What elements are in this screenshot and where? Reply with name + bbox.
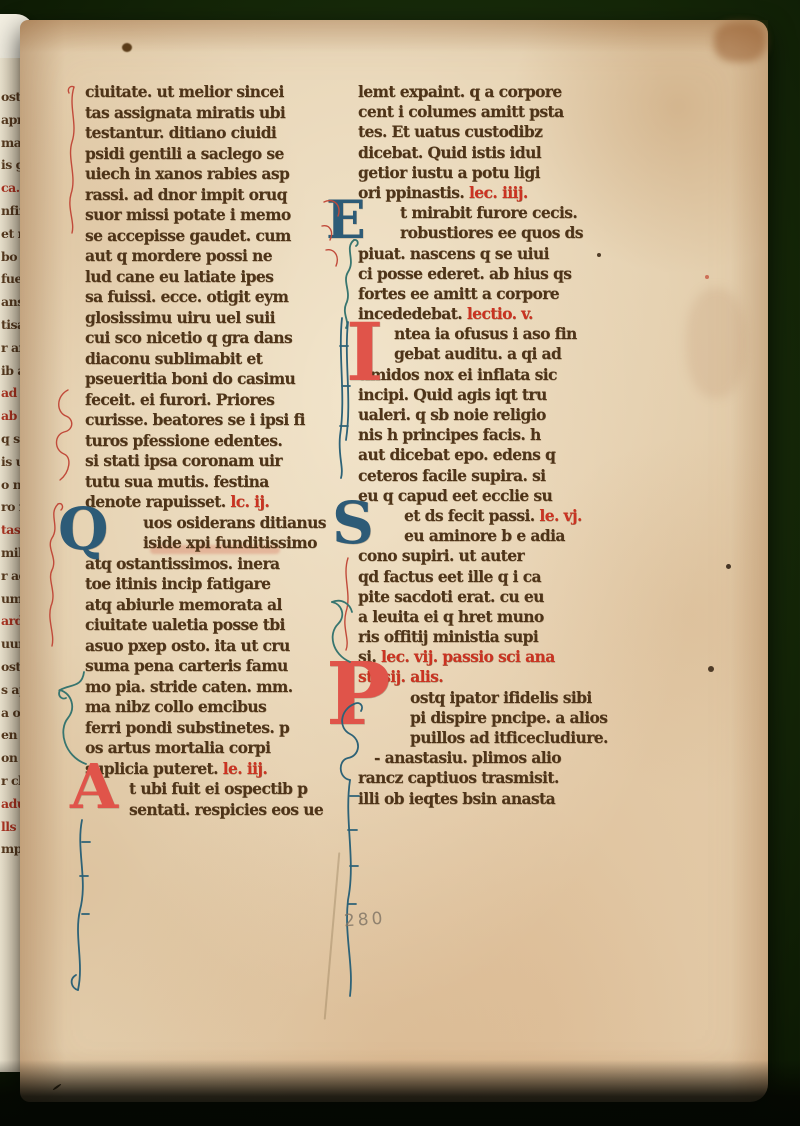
initial-E: E — [326, 200, 366, 243]
text-line: illi ob ieqtes bsin anasta — [358, 789, 658, 809]
text-line: tes. Et uatus custodibz — [358, 122, 658, 142]
body-text: atq abiurle memorata al — [85, 595, 282, 614]
text-line: ris offitij ministia supi — [358, 627, 658, 647]
body-text: ceteros facile supira. si — [358, 466, 545, 485]
text-line: si stati ipsa coronam uir — [85, 451, 347, 472]
manuscript-photo: ostiraprqmas fis gfca. anfimbet mibo ips… — [0, 0, 800, 1126]
text-line: psidi gentili a saclego se — [85, 144, 347, 165]
body-text: ferri pondi substinetes. p — [85, 718, 289, 737]
body-text: tes. Et uatus custodibz — [358, 122, 542, 141]
text-line: suma pena carteris famu — [85, 656, 347, 677]
body-text: rancz captiuos trasmisit. — [358, 768, 559, 787]
text-line: uiech in xanos rabies asp — [85, 164, 347, 185]
text-line: piuat. nascens q se uiui — [358, 244, 658, 264]
text-line: incededebat. lectio. v. — [358, 304, 658, 324]
body-text: getior iustu a potu ligi — [358, 163, 540, 182]
body-text: ostq ipator ifidelis sibi — [410, 688, 592, 707]
body-text: qd factus eet ille q i ca — [358, 567, 541, 586]
text-line: ciuitate ualetia posse tbi — [85, 615, 347, 636]
text-line: suor missi potate i memo — [85, 205, 347, 226]
initial-I: I — [346, 320, 383, 386]
text-line: si. lec. vij. passio sci ana — [358, 647, 658, 667]
text-line: dicebat. Quid istis idul — [358, 143, 658, 163]
body-text: suor missi potate i memo — [85, 205, 291, 224]
body-text: illi ob ieqtes bsin anasta — [358, 789, 555, 808]
body-text: mo pia. stride caten. mm. — [85, 677, 293, 696]
text-line: t mirabit furore cecis. — [358, 203, 658, 223]
text-line: curisse. beatores se i ipsi fi — [85, 410, 347, 431]
background-shadow — [0, 1060, 800, 1126]
body-text: t mirabit furore cecis. — [400, 203, 577, 222]
body-text: uiech in xanos rabies asp — [85, 164, 289, 183]
text-line: tas assignata miratis ubi — [85, 103, 347, 124]
text-line: ma nibz collo emcibus — [85, 697, 347, 718]
text-line: feceit. ei furori. Priores — [85, 390, 347, 411]
text-line: ualeri. q sb noie religio — [358, 405, 658, 425]
text-line: pseueritia boni do casimu — [85, 369, 347, 390]
body-text: diaconu sublimabit et — [85, 349, 262, 368]
body-text: si stati ipsa coronam uir — [85, 451, 282, 470]
body-text: rassi. ad dnor impit oruq — [85, 185, 287, 204]
text-line: lemt expaint. q a corpore — [358, 82, 658, 102]
text-line: testantur. ditiano ciuidi — [85, 123, 347, 144]
text-line: atq ostantissimos. inera — [85, 554, 347, 575]
rubric-text: le. iij. — [223, 759, 268, 778]
rubric-text: lectio. v. — [467, 304, 533, 323]
body-text: se accepisse gaudet. cum — [85, 226, 291, 245]
text-line: eu aminore b e adia — [358, 526, 658, 546]
text-line: glosissimu uiru uel suii — [85, 308, 347, 329]
text-line: diaconu sublimabit et — [85, 349, 347, 370]
body-text: atq ostantissimos. inera — [85, 554, 279, 573]
text-line: suplicia puteret. le. iij. — [85, 759, 347, 780]
body-text: tas assignata miratis ubi — [85, 103, 285, 122]
rubric-text: lec. vij. passio sci ana — [381, 647, 555, 666]
text-line: iside xpi funditissimo — [85, 533, 347, 554]
body-text: incipi. Quid agis iqt tru — [358, 385, 547, 404]
text-line: et ds fecit passi. le. vj. — [358, 506, 658, 526]
initial-Q: Q — [58, 506, 109, 554]
rubric-text: lec. iiij. — [469, 183, 528, 202]
body-text: t ubi fuit ei ospectib p — [129, 779, 307, 798]
text-line: pite sacdoti erat. cu eu — [358, 587, 658, 607]
text-line: rancz captiuos trasmisit. — [358, 768, 658, 788]
body-text: uos osiderans ditianus — [143, 513, 326, 532]
body-text: suma pena carteris famu — [85, 656, 288, 675]
body-text: iside xpi funditissimo — [143, 533, 317, 552]
text-line: ori ppinastis. lec. iiij. — [358, 183, 658, 203]
text-line: incipi. Quid agis iqt tru — [358, 385, 658, 405]
text-line: cent i columes amitt psta — [358, 102, 658, 122]
text-line: turos pfessione edentes. — [85, 431, 347, 452]
text-line: ntea ia ofusus i aso fin — [358, 324, 658, 344]
text-line: toe itinis incip fatigare — [85, 574, 347, 595]
body-text: ciuitate. ut melior sincei — [85, 82, 284, 101]
body-text: et ds fecit passi. — [404, 506, 539, 525]
text-line: rassi. ad dnor impit oruq — [85, 185, 347, 206]
text-line: asuo pxep osto. ita ut cru — [85, 636, 347, 657]
text-line: puillos ad itficecludiure. — [358, 728, 658, 748]
body-text: timidos nox ei inflata sic — [358, 365, 557, 384]
body-text: psidi gentili a saclego se — [85, 144, 284, 163]
text-line: cui sco nicetio q gra dans — [85, 328, 347, 349]
body-text: turos pfessione edentes. — [85, 431, 282, 450]
body-text: toe itinis incip fatigare — [85, 574, 270, 593]
text-line: sa fuissi. ecce. otigit eym — [85, 287, 347, 308]
text-line: getior iustu a potu ligi — [358, 163, 658, 183]
body-text: feceit. ei furori. Priores — [85, 390, 274, 409]
body-text: cui sco nicetio q gra dans — [85, 328, 292, 347]
text-line: t ubi fuit ei ospectib p — [85, 779, 347, 800]
text-line: nis h principes facis. h — [358, 425, 658, 445]
text-line: ferri pondi substinetes. p — [85, 718, 347, 739]
text-line: aut dicebat epo. edens q — [358, 445, 658, 465]
body-text: cono supiri. ut auter — [358, 546, 524, 565]
body-text: puillos ad itficecludiure. — [410, 728, 608, 747]
text-line: gebat auditu. a qi ad — [358, 344, 658, 364]
rubric-text: le. vj. — [539, 506, 581, 525]
text-line: uos osiderans ditianus — [85, 513, 347, 534]
body-text: tutu sua mutis. festina — [85, 472, 269, 491]
text-line: ci posse ederet. ab hius qs — [358, 264, 658, 284]
body-text: testantur. ditiano ciuidi — [85, 123, 276, 142]
initial-P: P — [326, 660, 391, 731]
body-text: glosissimu uiru uel suii — [85, 308, 275, 327]
text-line: tutu sua mutis. festina — [85, 472, 347, 493]
body-text: lemt expaint. q a corpore — [358, 82, 562, 101]
body-text: piuat. nascens q se uiui — [358, 244, 549, 263]
body-text: sentati. respicies eos ue — [129, 800, 323, 819]
text-line: denote rapuisset. lc. ij. — [85, 492, 347, 513]
body-text: asuo pxep osto. ita ut cru — [85, 636, 290, 655]
text-line: timidos nox ei inflata sic — [358, 365, 658, 385]
text-column-right: lemt expaint. q a corporecent i columes … — [358, 82, 658, 809]
text-line: sentati. respicies eos ue — [85, 800, 347, 821]
text-line: ceteros facile supira. si — [358, 466, 658, 486]
body-text: fortes ee amitt a corpore — [358, 284, 559, 303]
text-line: se accepisse gaudet. cum — [85, 226, 347, 247]
body-text: a leuita ei q hret muno — [358, 607, 544, 626]
body-text: eu aminore b e adia — [404, 526, 565, 545]
initial-A: A — [70, 762, 118, 813]
text-line: atq abiurle memorata al — [85, 595, 347, 616]
body-text: dicebat. Quid istis idul — [358, 143, 541, 162]
text-line: cono supiri. ut auter — [358, 546, 658, 566]
body-text: gebat auditu. a qi ad — [394, 344, 561, 363]
body-text: ori ppinastis. — [358, 183, 469, 202]
body-text: eu q capud eet ecclie su — [358, 486, 552, 505]
text-line: lud cane eu latiate ipes — [85, 267, 347, 288]
text-line: qd factus eet ille q i ca — [358, 567, 658, 587]
body-text: ciuitate ualetia posse tbi — [85, 615, 285, 634]
body-text: - anastasiu. plimos alio — [374, 748, 561, 767]
text-column-left: ciuitate. ut melior sinceitas assignata … — [85, 82, 347, 820]
body-text: robustiores ee quos ds — [400, 223, 583, 242]
body-text: aut dicebat epo. edens q — [358, 445, 555, 464]
body-text: curisse. beatores se i ipsi fi — [85, 410, 305, 429]
body-text: pseueritia boni do casimu — [85, 369, 295, 388]
body-text: nis h principes facis. h — [358, 425, 541, 444]
body-text: pi dispire pncipe. a alios — [410, 708, 607, 727]
body-text: cent i columes amitt psta — [358, 102, 564, 121]
text-line: stasij. alis. — [358, 667, 658, 687]
text-line: ciuitate. ut melior sincei — [85, 82, 347, 103]
body-text: ntea ia ofusus i aso fin — [394, 324, 577, 343]
text-line: robustiores ee quos ds — [358, 223, 658, 243]
text-line: ostq ipator ifidelis sibi — [358, 688, 658, 708]
body-text: ci posse ederet. ab hius qs — [358, 264, 571, 283]
text-line: a leuita ei q hret muno — [358, 607, 658, 627]
body-text: lud cane eu latiate ipes — [85, 267, 273, 286]
text-line: pi dispire pncipe. a alios — [358, 708, 658, 728]
body-text: sa fuissi. ecce. otigit eym — [85, 287, 288, 306]
body-text: aut q mordere possi ne — [85, 246, 272, 265]
body-text: ualeri. q sb noie religio — [358, 405, 546, 424]
folio-number: 280 — [343, 909, 386, 932]
text-line: eu q capud eet ecclie su — [358, 486, 658, 506]
text-line: - anastasiu. plimos alio — [358, 748, 658, 768]
text-line: os artus mortalia corpi — [85, 738, 347, 759]
initial-S: S — [332, 500, 374, 548]
text-line: mo pia. stride caten. mm. — [85, 677, 347, 698]
body-text: pite sacdoti erat. cu eu — [358, 587, 544, 606]
text-line: aut q mordere possi ne — [85, 246, 347, 267]
text-line: fortes ee amitt a corpore — [358, 284, 658, 304]
rubric-text: lc. ij. — [230, 492, 269, 511]
body-text: ma nibz collo emcibus — [85, 697, 266, 716]
